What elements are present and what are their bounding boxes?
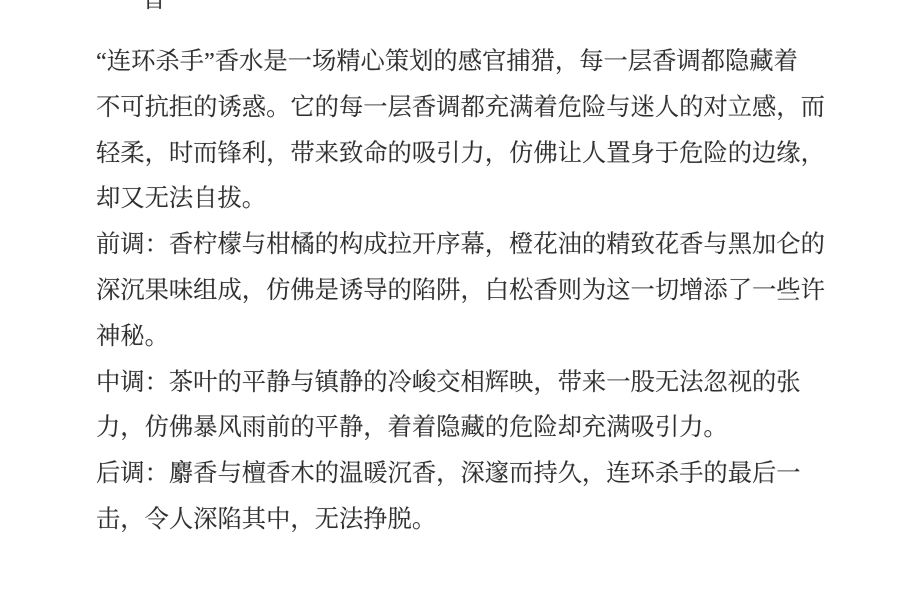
text-line-2: 不可抗拒的诱惑。它的每一层香调都充满着危险与迷人的对立感，而 — [96, 85, 841, 131]
text-line-10: 后调：麝香与檀香木的温暖沉香，深邃而持久，连环杀手的最后一 — [96, 451, 841, 497]
text-line-9: 力，仿佛暴风雨前的平静，着着隐藏的危险却充满吸引力。 — [96, 405, 841, 451]
text-line-3: 轻柔，时而锋利，带来致命的吸引力，仿佛让人置身于危险的边缘， — [96, 131, 841, 177]
text-line-11: 击，令人深陷其中，无法挣脱。 — [96, 497, 841, 543]
text-line-5: 前调：香柠檬与柑橘的构成拉开序幕，橙花油的精致花香与黑加仑的 — [96, 222, 841, 268]
text-line-4: 却又无法自拔。 — [96, 176, 841, 222]
clipped-previous-line-fragment: 香 — [142, 0, 166, 12]
text-line-7: 神秘。 — [96, 314, 841, 360]
text-line-6: 深沉果味组成，仿佛是诱导的陷阱，白松香则为这一切增添了一些许 — [96, 268, 841, 314]
perfume-description-text: “连环杀手”香水是一场精心策划的感官捕猎，每一层香调都隐藏着 不可抗拒的诱惑。它… — [96, 39, 841, 543]
document-page: 香 “连环杀手”香水是一场精心策划的感官捕猎，每一层香调都隐藏着 不可抗拒的诱惑… — [0, 0, 912, 611]
text-line-8: 中调：茶叶的平静与镇静的冷峻交相辉映，带来一股无法忽视的张 — [96, 360, 841, 406]
text-line-1: “连环杀手”香水是一场精心策划的感官捕猎，每一层香调都隐藏着 — [96, 39, 841, 85]
